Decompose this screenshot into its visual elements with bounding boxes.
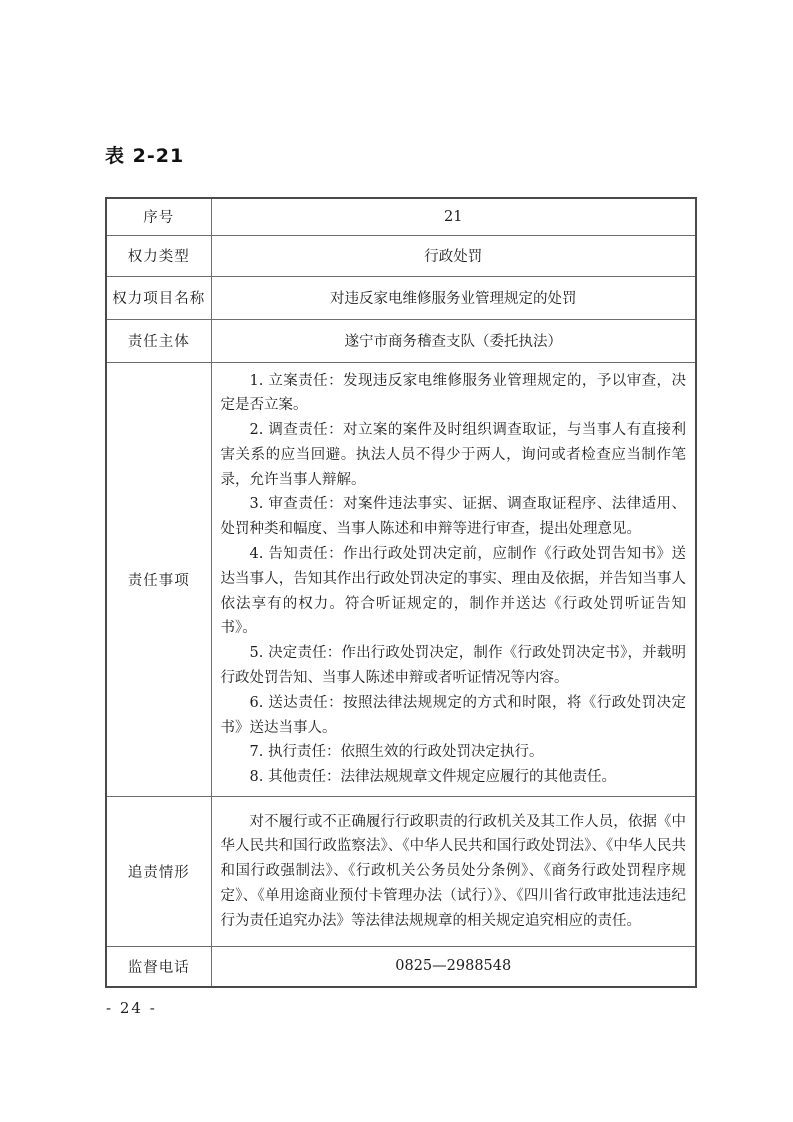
table-row-responsible-entity: 责任主体 遂宁市商务稽查支队（委托执法） [106, 319, 696, 362]
row-value: 对违反家电维修服务业管理规定的处罚 [211, 276, 696, 319]
responsibility-paragraph: 1. 立案责任：发现违反家电维修服务业管理规定的，予以审查，决定是否立案。 [221, 369, 687, 419]
row-label: 序号 [106, 198, 211, 235]
row-label: 责任事项 [106, 362, 211, 797]
responsibility-paragraph: 5. 决定责任：作出行政处罚决定，制作《行政处罚决定书》，并载明行政处罚告知、当… [221, 641, 687, 691]
responsibility-paragraph: 4. 告知责任：作出行政处罚决定前，应制作《行政处罚告知书》送达当事人，告知其作… [221, 542, 687, 641]
table-row-supervision-phone: 监督电话 0825—2988548 [106, 947, 696, 987]
row-label: 监督电话 [106, 947, 211, 987]
responsibility-paragraph: 3. 审查责任：对案件违法事实、证据、调查取证程序、法律适用、处罚种类和幅度、当… [221, 492, 687, 542]
row-label: 追责情形 [106, 797, 211, 947]
responsibility-paragraph: 6. 送达责任：按照法律法规规定的方式和时限，将《行政处罚决定书》送达当事人。 [221, 691, 687, 741]
table-row-power-type: 权力类型 行政处罚 [106, 235, 696, 276]
row-label: 权力类型 [106, 235, 211, 276]
table-row-accountability-situations: 追责情形 对不履行或不正确履行行政职责的行政机关及其工作人员，依据《中华人民共和… [106, 797, 696, 947]
row-value: 0825—2988548 [211, 947, 696, 987]
row-value: 行政处罚 [211, 235, 696, 276]
row-value: 对不履行或不正确履行行政职责的行政机关及其工作人员，依据《中华人民共和国行政监察… [211, 797, 696, 947]
row-label: 权力项目名称 [106, 276, 211, 319]
table-row-power-item-name: 权力项目名称 对违反家电维修服务业管理规定的处罚 [106, 276, 696, 319]
row-label: 责任主体 [106, 319, 211, 362]
responsibility-paragraph: 2. 调查责任：对立案的案件及时组织调查取证，与当事人有直接利害关系的应当回避。… [221, 418, 687, 492]
page-number: - 24 - [106, 999, 157, 1017]
table-caption: 表 2-21 [105, 141, 184, 168]
table-row-responsibility-items: 责任事项 1. 立案责任：发现违反家电维修服务业管理规定的，予以审查，决定是否立… [106, 362, 696, 797]
accountability-paragraph: 对不履行或不正确履行行政职责的行政机关及其工作人员，依据《中华人民共和国行政监察… [221, 810, 687, 934]
row-value: 1. 立案责任：发现违反家电维修服务业管理规定的，予以审查，决定是否立案。 2.… [211, 362, 696, 797]
document-page: 表 2-21 序号 21 权力类型 行政处罚 权力项目名称 对违反家电维修服务业… [0, 0, 793, 1122]
power-item-table: 序号 21 权力类型 行政处罚 权力项目名称 对违反家电维修服务业管理规定的处罚… [105, 197, 697, 988]
row-value: 21 [211, 198, 696, 235]
responsibility-paragraph: 8. 其他责任：法律法规规章文件规定应履行的其他责任。 [221, 765, 687, 790]
row-value: 遂宁市商务稽查支队（委托执法） [211, 319, 696, 362]
table-row-serial-number: 序号 21 [106, 198, 696, 235]
responsibility-paragraph: 7. 执行责任：依照生效的行政处罚决定执行。 [221, 740, 687, 765]
